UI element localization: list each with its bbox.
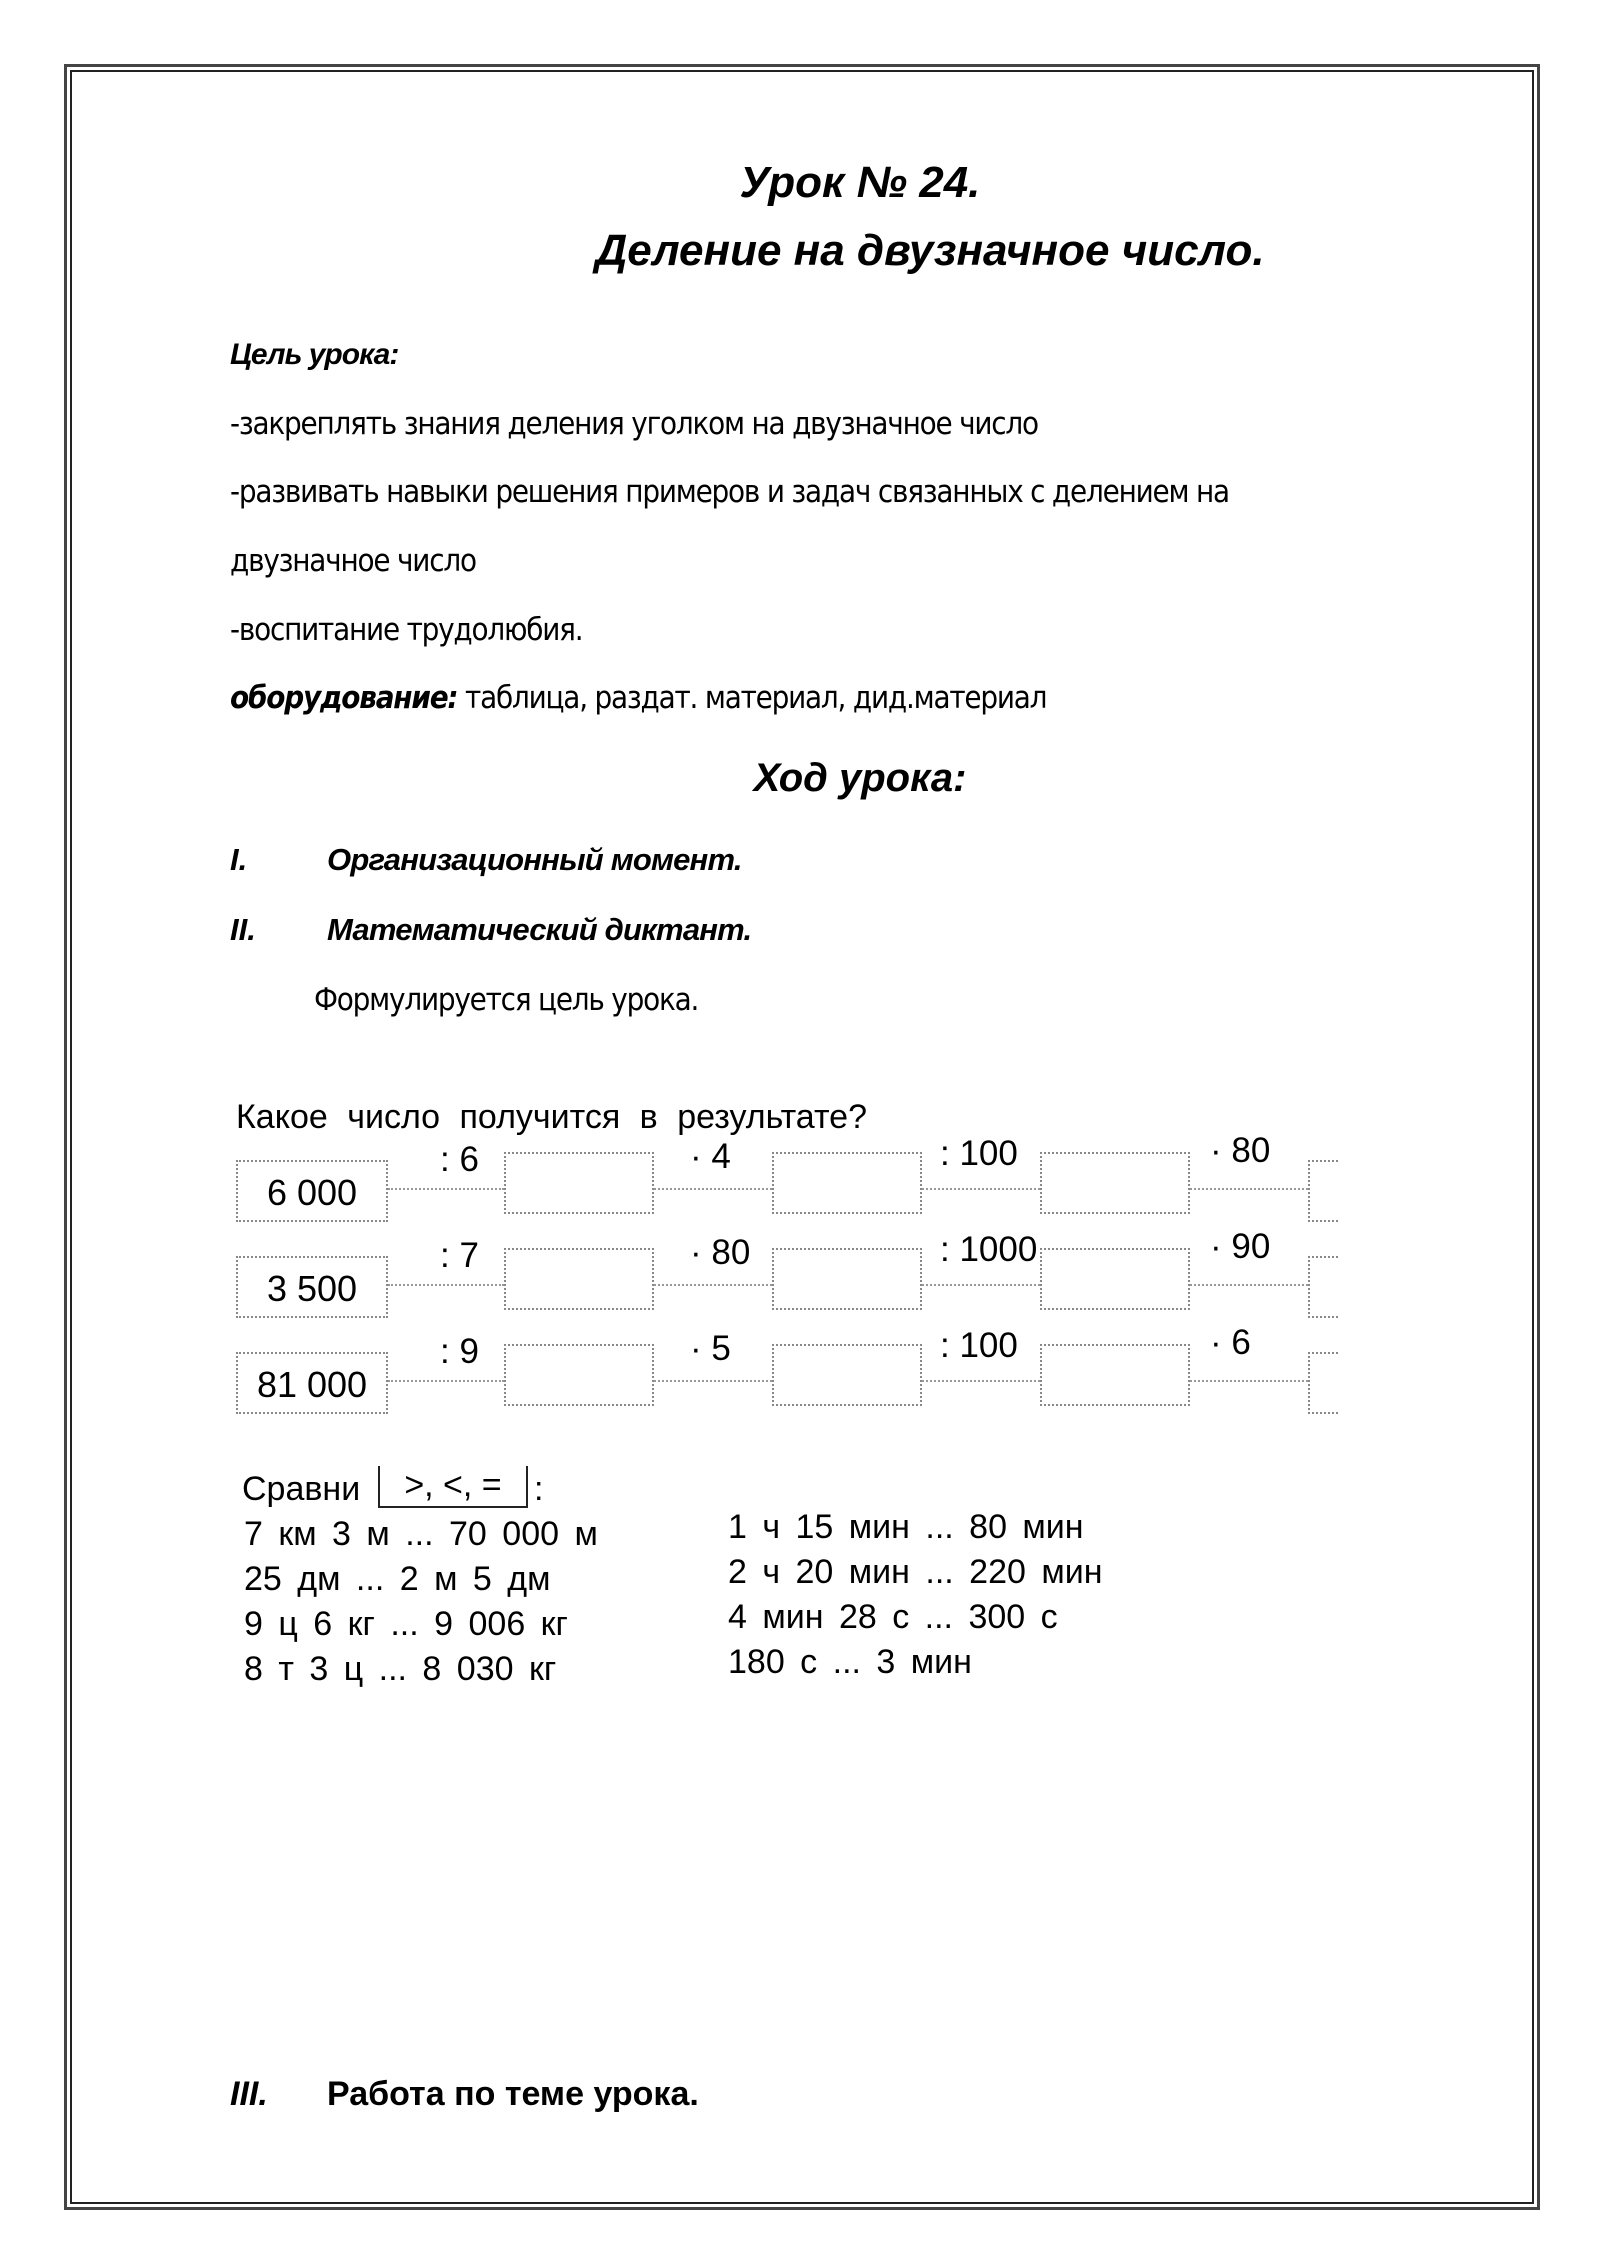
- course-note: Формулируется цель урока.: [314, 982, 698, 1018]
- operation-label: : 9: [440, 1332, 479, 1372]
- answer-box[interactable]: [1040, 1152, 1190, 1214]
- compare-title: Сравни: [242, 1470, 360, 1509]
- section-number: I.: [230, 842, 247, 878]
- answer-box[interactable]: [1308, 1256, 1338, 1318]
- goal-item: -воспитание трудолюбия.: [230, 612, 582, 648]
- connector-line: [388, 1284, 504, 1286]
- answer-box[interactable]: [504, 1152, 654, 1214]
- connector-line: [654, 1188, 772, 1190]
- answer-box[interactable]: [1040, 1344, 1190, 1406]
- section-number: III.: [230, 2075, 268, 2114]
- goal-item: -развивать навыки решения примеров и зад…: [230, 474, 1229, 510]
- answer-box[interactable]: [772, 1248, 922, 1310]
- operation-label: · 80: [690, 1233, 750, 1273]
- answer-box[interactable]: [1040, 1248, 1190, 1310]
- page-border: [64, 64, 1540, 2210]
- compare-item: 4 мин 28 с ... 300 с: [728, 1598, 1058, 1637]
- section-number: II.: [230, 912, 256, 948]
- section-title: Организационный момент.: [327, 842, 742, 878]
- goal-label: Цель урока:: [230, 338, 398, 372]
- operation-label: · 4: [690, 1137, 731, 1177]
- answer-box[interactable]: [772, 1152, 922, 1214]
- goal-item: -закреплять знания деления уголком на дв…: [230, 406, 1038, 442]
- connector-line: [922, 1188, 1040, 1190]
- connector-line: [388, 1380, 504, 1382]
- operation-label: · 80: [1210, 1131, 1270, 1171]
- chain-question: Какое число получится в результате?: [236, 1098, 867, 1137]
- operation-label: · 5: [690, 1329, 731, 1369]
- start-number: 81 000: [236, 1364, 388, 1406]
- compare-item: 1 ч 15 мин ... 80 мин: [728, 1508, 1084, 1547]
- compare-item: 8 т 3 ц ... 8 030 кг: [244, 1650, 556, 1689]
- lesson-title: Урок № 24.: [0, 158, 1600, 208]
- connector-line: [1190, 1380, 1308, 1382]
- compare-item: 25 дм ... 2 м 5 дм: [244, 1560, 550, 1599]
- equipment-value: таблица, раздат. материал, дид.материал: [457, 680, 1046, 716]
- start-number: 6 000: [236, 1172, 388, 1214]
- connector-line: [388, 1188, 504, 1190]
- operation-label: : 6: [440, 1140, 479, 1180]
- compare-item: 180 с ... 3 мин: [728, 1643, 972, 1682]
- course-heading: Ход урока:: [0, 756, 1600, 801]
- start-number: 3 500: [236, 1268, 388, 1310]
- answer-box[interactable]: [772, 1344, 922, 1406]
- compare-item: 2 ч 20 мин ... 220 мин: [728, 1553, 1102, 1592]
- equipment-line: оборудование: таблица, раздат. материал,…: [230, 680, 1046, 716]
- compare-signs-box: >, <, =: [378, 1466, 528, 1508]
- operation-label: · 6: [1210, 1323, 1251, 1363]
- compare-item: 9 ц 6 кг ... 9 006 кг: [244, 1605, 568, 1644]
- connector-line: [922, 1284, 1040, 1286]
- operation-label: : 1000: [940, 1230, 1037, 1270]
- section-title: Математический диктант.: [327, 912, 751, 948]
- answer-box[interactable]: [1308, 1352, 1338, 1414]
- connector-line: [922, 1380, 1040, 1382]
- operation-label: · 90: [1210, 1227, 1270, 1267]
- goal-item: двузначное число: [230, 543, 476, 579]
- operation-label: : 7: [440, 1236, 479, 1276]
- answer-box[interactable]: [504, 1344, 654, 1406]
- connector-line: [1190, 1188, 1308, 1190]
- connector-line: [1190, 1284, 1308, 1286]
- answer-box[interactable]: [1308, 1160, 1338, 1222]
- connector-line: [654, 1284, 772, 1286]
- connector-line: [654, 1380, 772, 1382]
- answer-box[interactable]: [504, 1248, 654, 1310]
- compare-colon: :: [534, 1470, 543, 1509]
- operation-label: : 100: [940, 1326, 1018, 1366]
- lesson-topic: Деление на двузначное число.: [0, 226, 1600, 276]
- compare-item: 7 км 3 м ... 70 000 м: [244, 1515, 598, 1554]
- operation-label: : 100: [940, 1134, 1018, 1174]
- section-title: Работа по теме урока.: [327, 2075, 699, 2114]
- equipment-label: оборудование:: [230, 680, 457, 716]
